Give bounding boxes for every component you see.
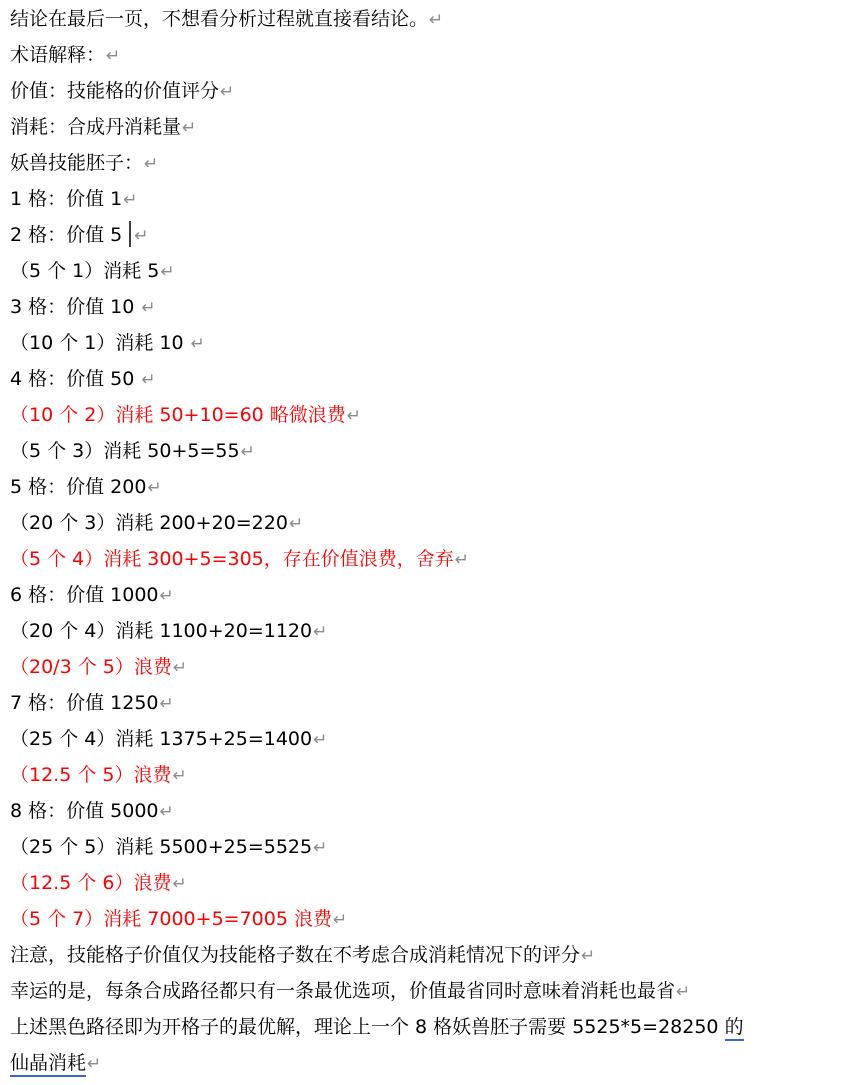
paragraph-mark-icon: ↵ [146,478,161,498]
paragraph-mark-icon: ↵ [428,10,443,30]
text-run: 上述黑色路径即为开格子的最优解，理论上一个 8 格妖兽胚子需要 5525*5=2… [10,1016,725,1038]
paragraph-mark-icon: ↵ [312,730,327,750]
text-line[interactable]: （5 个 4）消耗 300+5=305，存在价值浪费，舍弃↵ [10,541,849,577]
text-line[interactable]: 1 格：价值 1↵ [10,181,849,217]
text-run: 3 格：价值 10 [10,296,140,318]
text-run: （5 个 4）消耗 300+5=305，存在价值浪费，舍弃 [10,548,454,570]
paragraph-mark-icon: ↵ [181,118,196,138]
text-line[interactable]: 3 格：价值 10 ↵ [10,289,849,325]
text-line[interactable]: （12.5 个 6）浪费↵ [10,865,849,901]
text-run: 5 格：价值 200 [10,476,146,498]
text-line[interactable]: （10 个 1）消耗 10 ↵ [10,325,849,361]
text-line[interactable]: （5 个 3）消耗 50+5=55↵ [10,433,849,469]
paragraph-mark-icon: ↵ [171,766,186,786]
text-run: （20 个 3）消耗 200+20=220 [10,512,288,534]
text-run: 4 格：价值 50 [10,368,140,390]
text-line[interactable]: 5 格：价值 200↵ [10,469,849,505]
text-run: （20/3 个 5）浪费 [10,656,172,678]
paragraph-mark-icon: ↵ [454,550,469,570]
paragraph-mark-icon: ↵ [172,658,187,678]
text-run: 术语解释： [10,44,105,66]
text-run: （25 个 5）消耗 5500+25=5525 [10,836,312,858]
paragraph-mark-icon: ↵ [312,838,327,858]
paragraph-mark-icon: ↵ [240,442,255,462]
paragraph-mark-icon: ↵ [159,802,174,822]
paragraph-mark-icon: ↵ [219,82,234,102]
text-run: 8 格：价值 5000 [10,800,159,822]
text-run: 幸运的是，每条合成路径都只有一条最优选项，价值最省同时意味着消耗也最省 [10,980,675,1002]
document-text-body: 结论在最后一页，不想看分析过程就直接看结论。↵术语解释：↵价值：技能格的价值评分… [10,1,849,1081]
text-run: （5 个 3）消耗 50+5=55 [10,440,240,462]
text-line[interactable]: 价值：技能格的价值评分↵ [10,73,849,109]
paragraph-mark-icon: ↵ [140,298,155,318]
text-run: （25 个 4）消耗 1375+25=1400 [10,728,312,750]
text-run: 价值：技能格的价值评分 [10,80,219,102]
paragraph-mark-icon: ↵ [105,46,120,66]
text-run: （10 个 1）消耗 10 [10,332,190,354]
paragraph-mark-icon: ↵ [288,514,303,534]
text-line[interactable]: 7 格：价值 1250↵ [10,685,849,721]
paragraph-mark-icon: ↵ [86,1054,101,1074]
text-run: （5 个 1）消耗 5 [10,260,159,282]
text-line[interactable]: （20/3 个 5）浪费↵ [10,649,849,685]
text-line[interactable]: 6 格：价值 1000↵ [10,577,849,613]
paragraph-mark-icon: ↵ [159,262,174,282]
paragraph-mark-icon: ↵ [332,910,347,930]
text-run: 7 格：价值 1250 [10,692,159,714]
paragraph-mark-icon: ↵ [580,946,595,966]
text-run: 注意，技能格子价值仅为技能格子数在不考虑合成消耗情况下的评分 [10,944,580,966]
text-line[interactable]: （10 个 2）消耗 50+10=60 略微浪费↵ [10,397,849,433]
text-run: 2 格：价值 5 [10,224,128,246]
paragraph-mark-icon: ↵ [122,190,137,210]
text-run: （20 个 4）消耗 1100+20=1120 [10,620,312,642]
paragraph-mark-icon: ↵ [190,334,205,354]
text-cursor [129,221,131,247]
document-page[interactable]: 结论在最后一页，不想看分析过程就直接看结论。↵术语解释：↵价值：技能格的价值评分… [0,0,857,1085]
text-line[interactable]: 2 格：价值 5 ↵ [10,217,849,253]
text-line[interactable]: （20 个 4）消耗 1100+20=1120↵ [10,613,849,649]
text-line[interactable]: 消耗：合成丹消耗量↵ [10,109,849,145]
text-line[interactable]: （5 个 7）消耗 7000+5=7005 浪费↵ [10,901,849,937]
paragraph-mark-icon: ↵ [171,874,186,894]
text-line[interactable]: 注意，技能格子价值仅为技能格子数在不考虑合成消耗情况下的评分↵ [10,937,849,973]
paragraph-mark-icon: ↵ [312,622,327,642]
text-line[interactable]: 术语解释：↵ [10,37,849,73]
paragraph-mark-icon: ↵ [346,406,361,426]
grammar-underlined-text: 的 [725,1016,744,1041]
text-line[interactable]: 上述黑色路径即为开格子的最优解，理论上一个 8 格妖兽胚子需要 5525*5=2… [10,1009,849,1045]
text-run: 结论在最后一页，不想看分析过程就直接看结论。 [10,8,428,30]
text-run: （5 个 7）消耗 7000+5=7005 浪费 [10,908,332,930]
text-run: 妖兽技能胚子： [10,152,143,174]
paragraph-mark-icon: ↵ [133,226,148,246]
paragraph-mark-icon: ↵ [159,694,174,714]
grammar-underlined-text: 仙晶消耗 [10,1052,86,1077]
text-line[interactable]: （12.5 个 5）浪费↵ [10,757,849,793]
text-line[interactable]: 幸运的是，每条合成路径都只有一条最优选项，价值最省同时意味着消耗也最省↵ [10,973,849,1009]
text-line[interactable]: （5 个 1）消耗 5↵ [10,253,849,289]
text-line[interactable]: （25 个 5）消耗 5500+25=5525↵ [10,829,849,865]
text-run: 消耗：合成丹消耗量 [10,116,181,138]
text-run: 6 格：价值 1000 [10,584,159,606]
text-run: （10 个 2）消耗 50+10=60 略微浪费 [10,404,346,426]
text-line[interactable]: 结论在最后一页，不想看分析过程就直接看结论。↵ [10,1,849,37]
text-run: （12.5 个 5）浪费 [10,764,171,786]
text-line[interactable]: 8 格：价值 5000↵ [10,793,849,829]
text-line[interactable]: （20 个 3）消耗 200+20=220↵ [10,505,849,541]
text-line[interactable]: 仙晶消耗↵ [10,1045,849,1081]
paragraph-mark-icon: ↵ [140,370,155,390]
text-line[interactable]: （25 个 4）消耗 1375+25=1400↵ [10,721,849,757]
text-run: （12.5 个 6）浪费 [10,872,171,894]
text-line[interactable]: 妖兽技能胚子：↵ [10,145,849,181]
paragraph-mark-icon: ↵ [675,982,690,1002]
paragraph-mark-icon: ↵ [159,586,174,606]
paragraph-mark-icon: ↵ [143,154,158,174]
text-run: 1 格：价值 1 [10,188,122,210]
text-line[interactable]: 4 格：价值 50 ↵ [10,361,849,397]
